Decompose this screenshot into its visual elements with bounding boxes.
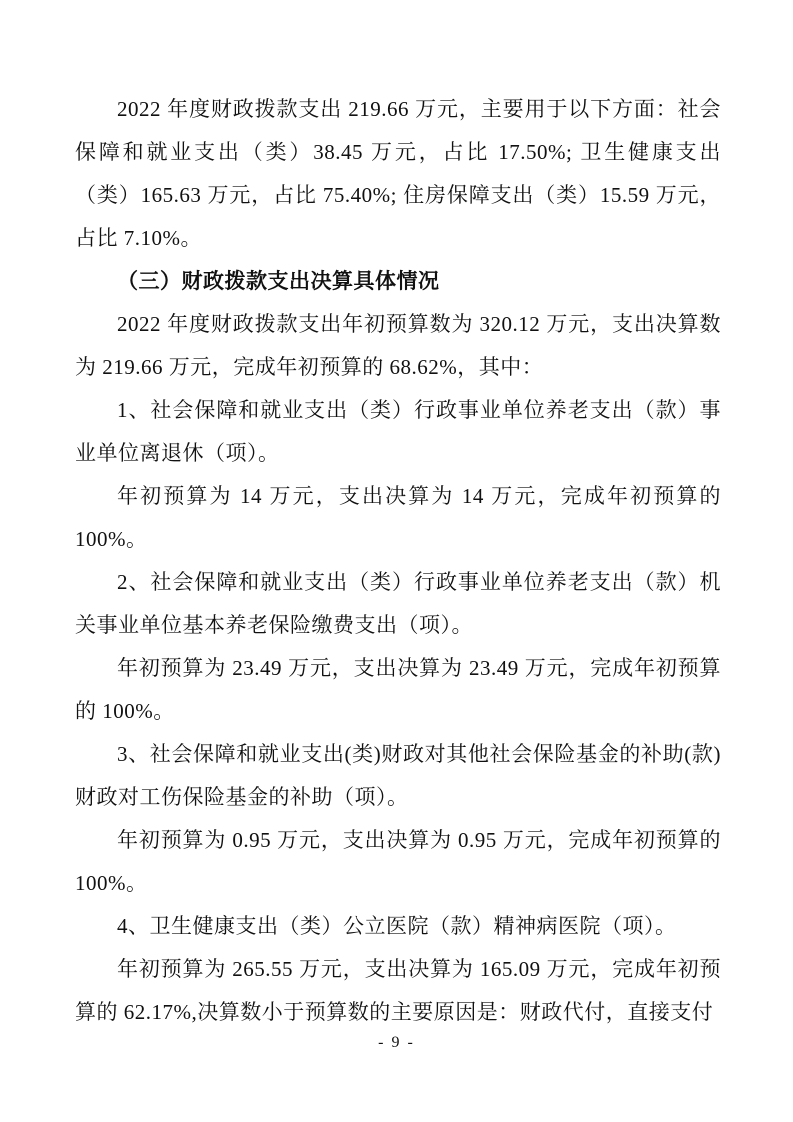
section-heading: （三）财政拨款支出决算具体情况 — [75, 260, 721, 303]
body-paragraph: 1、社会保障和就业支出（类）行政事业单位养老支出（款）事业单位离退休（项）。 — [75, 389, 721, 475]
page-number: - 9 - — [0, 1034, 793, 1052]
body-paragraph: 年初预算为 265.55 万元，支出决算为 165.09 万元，完成年初预算的 … — [75, 948, 721, 1034]
body-paragraph: 4、卫生健康支出（类）公立医院（款）精神病医院（项）。 — [75, 905, 721, 948]
body-paragraph: 年初预算为 23.49 万元，支出决算为 23.49 万元，完成年初预算的 10… — [75, 647, 721, 733]
body-paragraph: 年初预算为 14 万元，支出决算为 14 万元，完成年初预算的 100%。 — [75, 475, 721, 561]
body-paragraph: 年初预算为 0.95 万元，支出决算为 0.95 万元，完成年初预算的 100%… — [75, 819, 721, 905]
document-page: 2022 年度财政拨款支出 219.66 万元，主要用于以下方面：社会保障和就业… — [0, 0, 793, 1122]
document-body: 2022 年度财政拨款支出 219.66 万元，主要用于以下方面：社会保障和就业… — [75, 88, 721, 1034]
body-paragraph: 2022 年度财政拨款支出年初预算数为 320.12 万元，支出决算数为 219… — [75, 303, 721, 389]
body-paragraph: 3、社会保障和就业支出(类)财政对其他社会保险基金的补助(款)财政对工伤保险基金… — [75, 733, 721, 819]
body-paragraph: 2、社会保障和就业支出（类）行政事业单位养老支出（款）机关事业单位基本养老保险缴… — [75, 561, 721, 647]
body-paragraph: 2022 年度财政拨款支出 219.66 万元，主要用于以下方面：社会保障和就业… — [75, 88, 721, 260]
